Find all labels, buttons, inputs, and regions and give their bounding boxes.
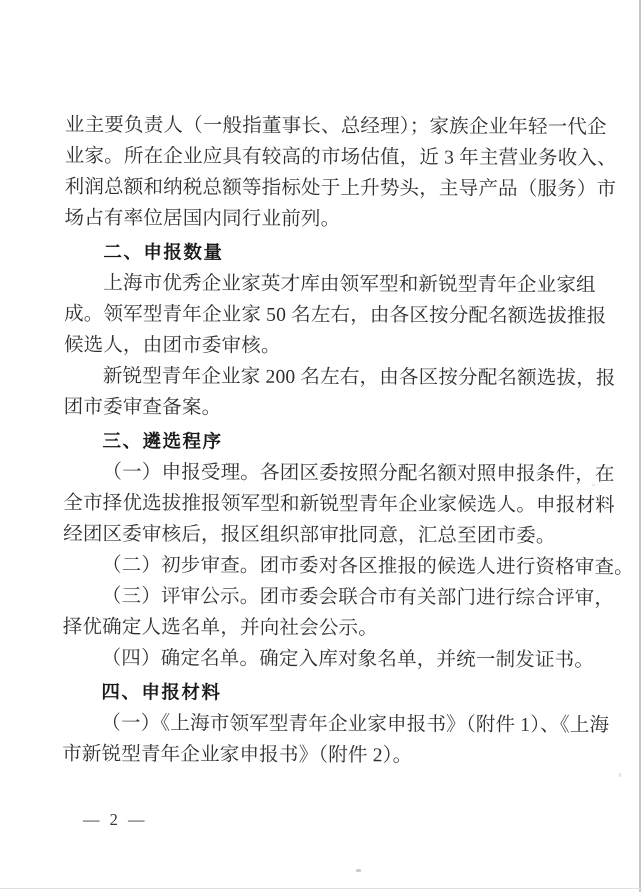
section-heading: 三、遴选程序 [63, 426, 577, 459]
body-line: 场占有率位居国内同行业前列。 [64, 203, 578, 236]
scan-edge-right [639, 0, 641, 892]
body-line: 团市委审查备案。 [64, 392, 578, 425]
body-line: 业家。所在企业应具有较高的市场估值，近 3 年主营业务收入、 [65, 141, 579, 174]
body-line: （一）《上海市领军型青年企业家申报书》（附件 1）、《上海 [62, 708, 576, 741]
body-line: 全市择优选拔推报领军型和新锐型青年企业家候选人。申报材料 [63, 488, 577, 521]
scan-edge-bottom [0, 888, 642, 889]
body-line: （一）申报受理。各团区委按照分配名额对照申报条件，在 [63, 457, 577, 490]
body-line: （四）确定名单。确定入库对象名单，并统一制发证书。 [63, 643, 577, 676]
body-line: 市新锐型青年企业家申报书》（附件 2）。 [62, 739, 576, 772]
body-line: 新锐型青年企业家 200 名左右，由各区按分配名额选拔，报 [64, 361, 578, 394]
section-heading: 四、申报材料 [62, 677, 576, 710]
body-line: 候选人，由团市委审核。 [64, 330, 578, 363]
scan-speck [356, 869, 361, 872]
body-line: 利润总额和纳税总额等指标处于上升势头，主导产品（服务）市 [65, 172, 579, 205]
body-line: 上海市优秀企业家英才库由领军型和新锐型青年企业家组 [64, 268, 578, 301]
body-line: 择优确定人选名单，并向社会公示。 [63, 612, 577, 645]
body-line: 经团区委审核后，报区组织部审批同意，汇总至团市委。 [63, 519, 577, 552]
document-page: 业主要负责人（一般指董事长、总经理）；家族企业年轻一代企 业家。所在企业应具有较… [0, 0, 642, 892]
scan-speck [592, 484, 595, 486]
page-number: — 2 — [83, 810, 148, 830]
section-heading: 二、申报数量 [64, 237, 578, 270]
scan-speck [619, 773, 621, 777]
body-line: 成。领军型青年企业家 50 名左右，由各区按分配名额选拔推报 [64, 299, 578, 332]
body-line: （二）初步审查。团市委对各区推报的候选人进行资格审查。 [63, 550, 577, 583]
document-text: 业主要负责人（一般指董事长、总经理）；家族企业年轻一代企 业家。所在企业应具有较… [62, 110, 579, 772]
body-line: （三）评审公示。团市委会联合市有关部门进行综合评审， [63, 581, 577, 614]
body-line: 业主要负责人（一般指董事长、总经理）；家族企业年轻一代企 [65, 110, 579, 143]
